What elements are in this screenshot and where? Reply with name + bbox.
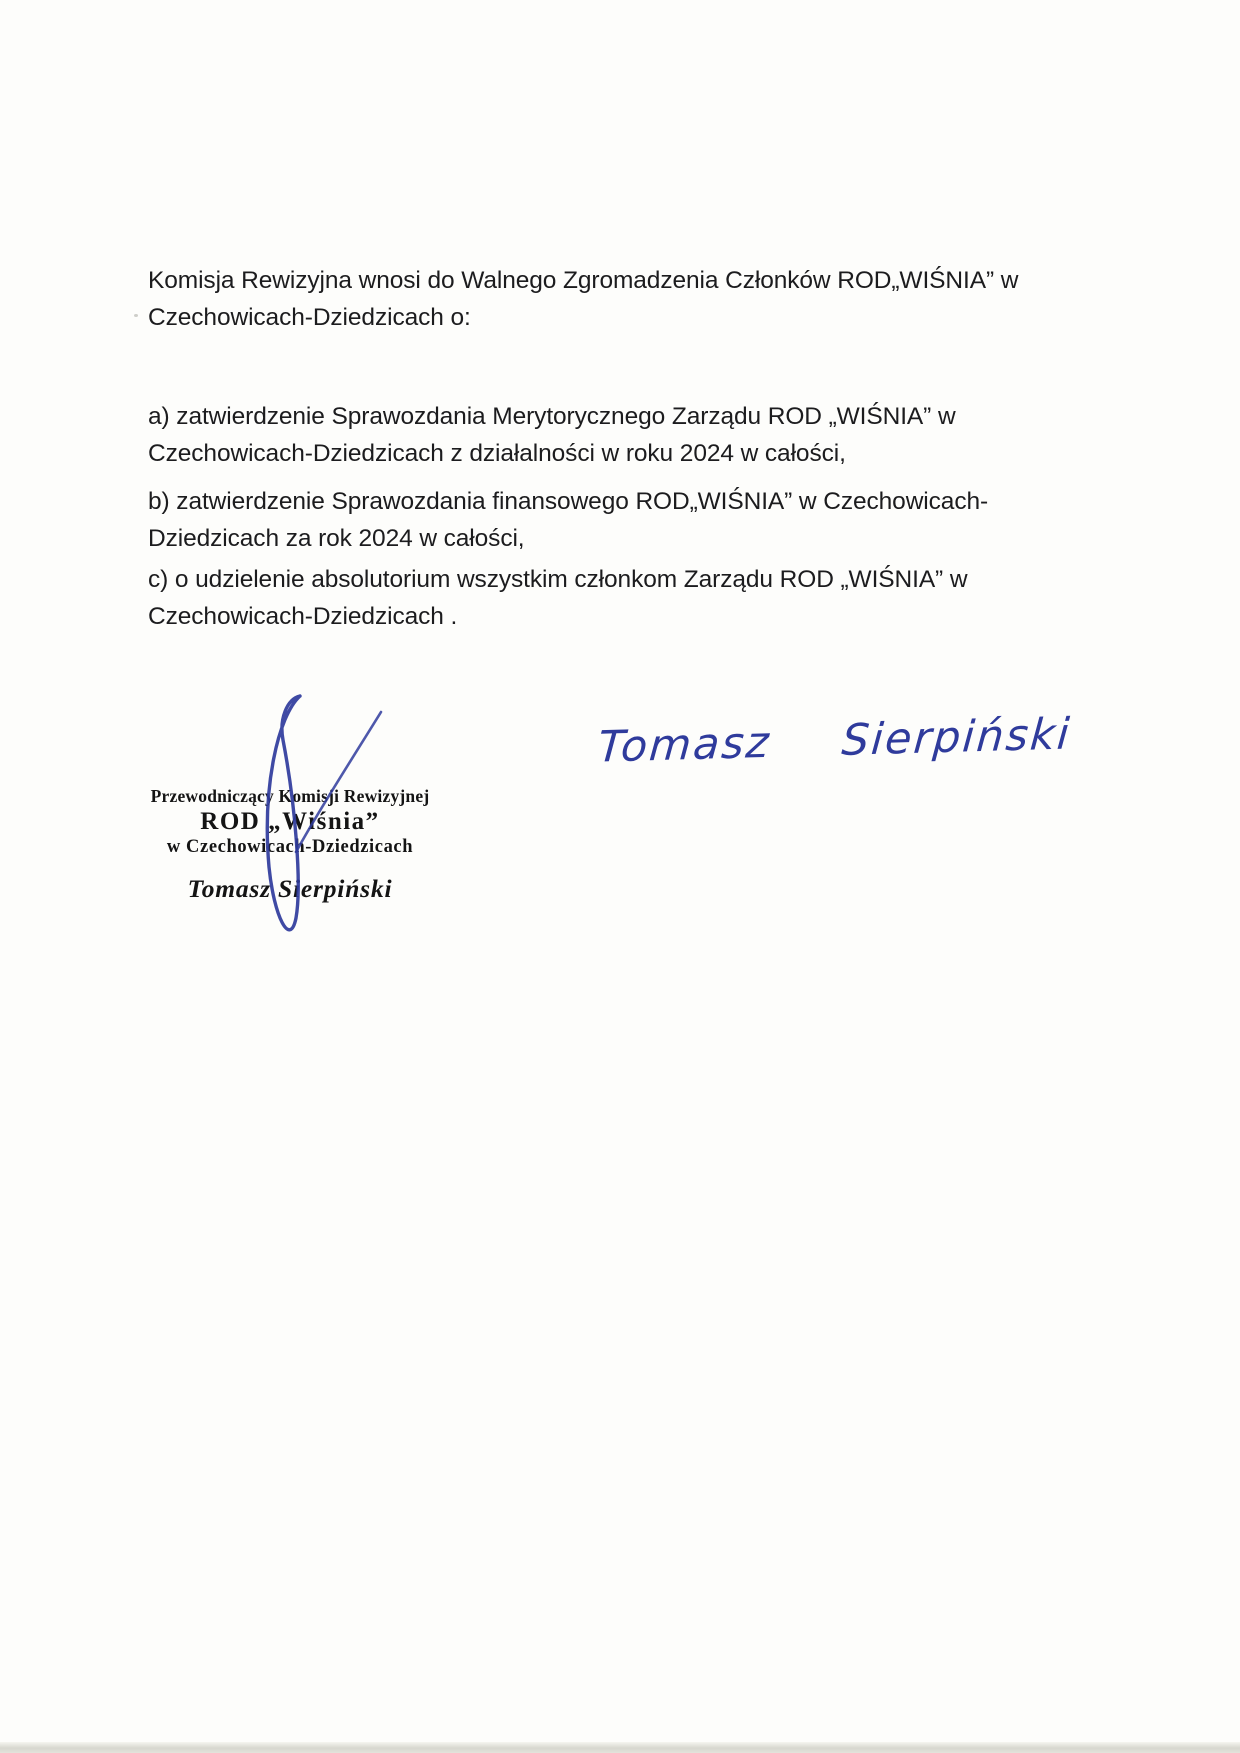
stamp-title: Przewodniczący Komisji Rewizyjnej (151, 786, 430, 807)
point-c-paragraph: c) o udzielenie absolutorium wszystkim c… (148, 561, 967, 635)
point-b-line-1: b) zatwierdzenie Sprawozdania finansoweg… (148, 483, 988, 520)
point-b-paragraph: b) zatwierdzenie Sprawozdania finansoweg… (148, 483, 988, 557)
point-c-line-2: Czechowicach-Dziedzicach . (148, 598, 967, 635)
point-a-paragraph: a) zatwierdzenie Sprawozdania Merytorycz… (148, 398, 956, 472)
scan-bottom-edge (0, 1742, 1240, 1753)
stamp-location: w Czechowicach-Dziedzicach (167, 837, 413, 858)
intro-paragraph: Komisja Rewizyjna wnosi do Walnego Zgrom… (148, 262, 1018, 336)
stamp-organization: ROD „Wiśnia” (200, 808, 379, 836)
stamp-name: Tomasz Sierpiński (188, 874, 393, 904)
scan-noise-speck (134, 314, 138, 317)
point-a-line-2: Czechowicach-Dziedzicach z działalności … (148, 435, 956, 472)
handwritten-signature: Tomasz Sierpiński (597, 709, 1072, 772)
scanned-document-page: Komisja Rewizyjna wnosi do Walnego Zgrom… (0, 0, 1240, 1753)
point-b-line-2: Dziedzicach za rok 2024 w całości, (148, 520, 988, 557)
point-c-line-1: c) o udzielenie absolutorium wszystkim c… (148, 561, 967, 598)
intro-line-1: Komisja Rewizyjna wnosi do Walnego Zgrom… (148, 262, 1018, 299)
signature-first-name: Tomasz (596, 718, 772, 773)
intro-line-2: Czechowicach-Dziedzicach o: (148, 299, 1018, 336)
chairman-stamp: Przewodniczący Komisji Rewizyjnej ROD „W… (130, 786, 450, 904)
point-a-line-1: a) zatwierdzenie Sprawozdania Merytorycz… (148, 398, 956, 435)
signature-last-name: Sierpiński (841, 709, 1074, 766)
